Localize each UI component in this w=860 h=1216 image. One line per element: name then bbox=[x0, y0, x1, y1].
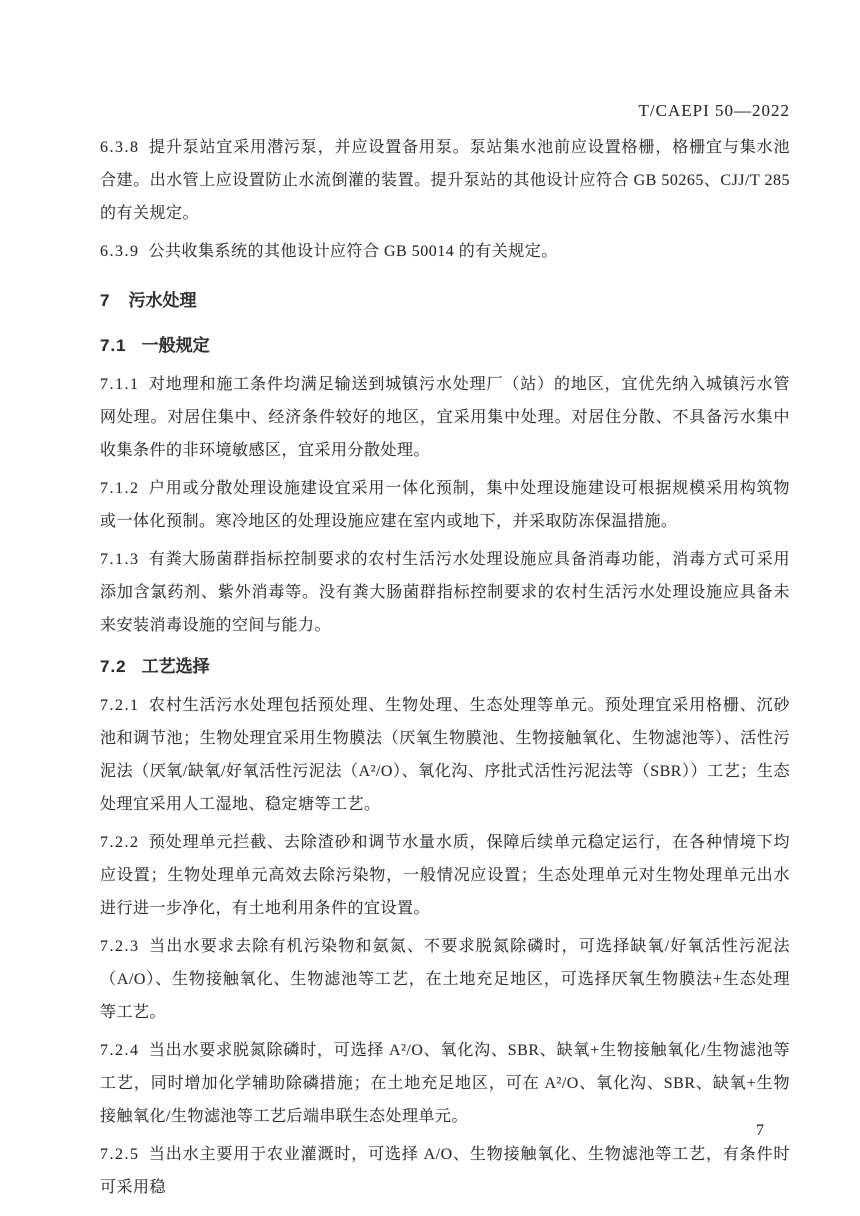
clause-number: 7.2.1 bbox=[100, 697, 140, 714]
chapter-heading-7: 7污水处理 bbox=[100, 284, 790, 317]
section-heading-7-2: 7.2工艺选择 bbox=[100, 650, 790, 683]
section-number: 7.1 bbox=[100, 336, 127, 355]
clause-number: 7.1.2 bbox=[100, 480, 140, 497]
clause-text: 对地理和施工条件均满足输送到城镇污水处理厂（站）的地区，宜优先纳入城镇污水管网处… bbox=[100, 376, 790, 459]
clause-text: 农村生活污水处理包括预处理、生物处理、生态处理等单元。预处理宜采用格栅、沉砂池和… bbox=[100, 697, 790, 813]
clause-number: 7.2.5 bbox=[100, 1146, 140, 1163]
clause-text: 当出水要求去除有机污染物和氨氮、不要求脱氮除磷时，可选择缺氧/好氧活性污泥法（A… bbox=[100, 938, 790, 1021]
clause-7-2-1: 7.2.1农村生活污水处理包括预处理、生物处理、生态处理等单元。预处理宜采用格栅… bbox=[100, 689, 790, 821]
section-heading-7-1: 7.1一般规定 bbox=[100, 329, 790, 362]
clause-7-2-2: 7.2.2预处理单元拦截、去除渣砂和调节水量水质，保障后续单元稳定运行，在各种情… bbox=[100, 826, 790, 925]
clause-7-2-4: 7.2.4当出水要求脱氮除磷时，可选择 A²/O、氧化沟、SBR、缺氧+生物接触… bbox=[100, 1034, 790, 1133]
clause-text: 户用或分散处理设施建设宜采用一体化预制，集中处理设施建设可根据规模采用构筑物或一… bbox=[100, 480, 790, 530]
page-header-standard-code: T/CAEPI 50—2022 bbox=[100, 101, 790, 121]
section-title: 一般规定 bbox=[142, 336, 210, 355]
section-title: 工艺选择 bbox=[142, 657, 210, 676]
clause-text: 预处理单元拦截、去除渣砂和调节水量水质，保障后续单元稳定运行，在各种情境下均应设… bbox=[100, 834, 790, 917]
clause-7-1-2: 7.1.2户用或分散处理设施建设宜采用一体化预制，集中处理设施建设可根据规模采用… bbox=[100, 472, 790, 538]
clause-6-3-8: 6.3.8提升泵站宜采用潜污泵，并应设置备用泵。泵站集水池前应设置格栅，格栅宜与… bbox=[100, 131, 790, 230]
clause-text: 有粪大肠菌群指标控制要求的农村生活污水处理设施应具备消毒功能，消毒方式可采用添加… bbox=[100, 551, 790, 634]
section-number: 7.2 bbox=[100, 657, 127, 676]
clause-6-3-9: 6.3.9公共收集系统的其他设计应符合 GB 50014 的有关规定。 bbox=[100, 235, 790, 268]
clause-number: 7.1.1 bbox=[100, 376, 140, 393]
clause-7-2-3: 7.2.3当出水要求去除有机污染物和氨氮、不要求脱氮除磷时，可选择缺氧/好氧活性… bbox=[100, 930, 790, 1029]
page-number: 7 bbox=[730, 1122, 790, 1140]
clause-7-1-1: 7.1.1对地理和施工条件均满足输送到城镇污水处理厂（站）的地区，宜优先纳入城镇… bbox=[100, 368, 790, 467]
clause-text: 提升泵站宜采用潜污泵，并应设置备用泵。泵站集水池前应设置格栅，格栅宜与集水池合建… bbox=[100, 139, 790, 222]
clause-number: 7.2.3 bbox=[100, 938, 140, 955]
clause-text: 当出水主要用于农业灌溉时，可选择 A/O、生物接触氧化、生物滤池等工艺，有条件时… bbox=[100, 1146, 790, 1196]
clause-number: 7.1.3 bbox=[100, 551, 140, 568]
document-body: 6.3.8提升泵站宜采用潜污泵，并应设置备用泵。泵站集水池前应设置格栅，格栅宜与… bbox=[100, 131, 790, 1209]
clause-number: 6.3.8 bbox=[100, 139, 140, 156]
chapter-title: 污水处理 bbox=[128, 291, 196, 310]
document-page: T/CAEPI 50—2022 6.3.8提升泵站宜采用潜污泵，并应设置备用泵。… bbox=[0, 0, 860, 1216]
clause-7-2-5: 7.2.5当出水主要用于农业灌溉时，可选择 A/O、生物接触氧化、生物滤池等工艺… bbox=[100, 1138, 790, 1204]
clause-number: 7.2.2 bbox=[100, 834, 140, 851]
chapter-number: 7 bbox=[100, 291, 109, 310]
clause-text: 当出水要求脱氮除磷时，可选择 A²/O、氧化沟、SBR、缺氧+生物接触氧化/生物… bbox=[100, 1042, 790, 1125]
clause-7-1-3: 7.1.3有粪大肠菌群指标控制要求的农村生活污水处理设施应具备消毒功能，消毒方式… bbox=[100, 543, 790, 642]
clause-number: 6.3.9 bbox=[100, 243, 140, 260]
clause-number: 7.2.4 bbox=[100, 1042, 140, 1059]
clause-text: 公共收集系统的其他设计应符合 GB 50014 的有关规定。 bbox=[149, 243, 558, 260]
